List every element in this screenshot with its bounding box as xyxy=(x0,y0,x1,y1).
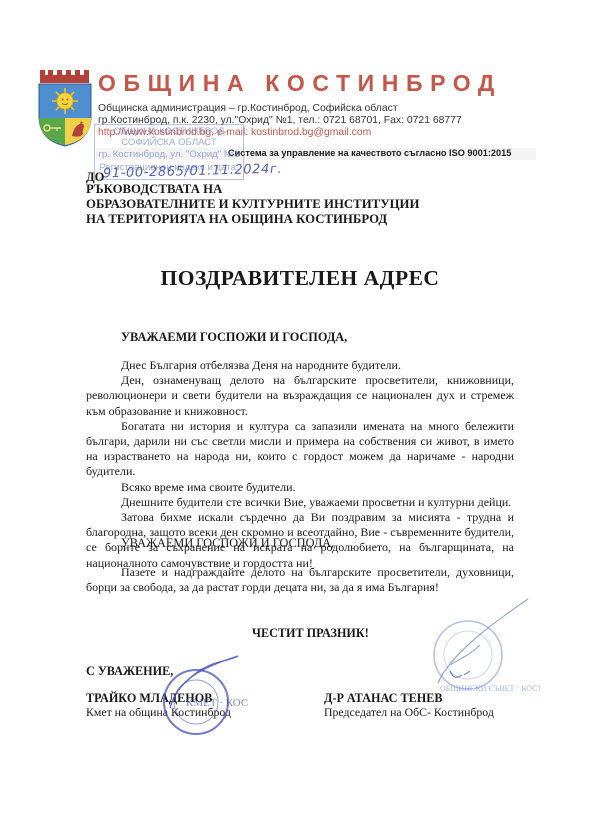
paragraph: Богатата ни история и култура са запазил… xyxy=(86,419,514,480)
recipient-line-1: РЪКОВОДСТВАТА НА xyxy=(86,182,222,197)
greeting-2: УВАЖАЕМИ ГОСПОЖИ И ГОСПОДА, xyxy=(121,536,334,551)
recipient-line-2: ОБРАЗОВАТЕЛНИТЕ И КУЛТУРНИТЕ ИНСТИТУЦИИ xyxy=(86,197,419,212)
paragraph: Ден, ознаменуващ делото на българските п… xyxy=(86,373,514,419)
quality-system-note: Система за управление на качеството съгл… xyxy=(228,148,511,158)
paragraph: Днес България отбелязва Деня на народнит… xyxy=(86,358,514,373)
recipient-line-3: НА ТЕРИТОРИЯТА НА ОБЩИНА КОСТИНБРОД xyxy=(86,212,387,227)
greeting-1: УВАЖАЕМИ ГОСПОЖИ И ГОСПОДА, xyxy=(121,330,347,345)
paragraph: Всяко време има своите будители. xyxy=(86,480,514,495)
closing-salutation: С УВАЖЕНИЕ, xyxy=(86,664,173,679)
mayor-name: ТРАЙКО МЛАДЕНОВ xyxy=(86,691,212,706)
handwritten-registration-number: 91-00-2865/01.11.2024г. xyxy=(103,162,282,182)
chair-name: Д-Р АТАНАС ТЕНЕВ xyxy=(324,691,443,706)
chair-stamp-and-signature: ОБЩИНСКИ СЪВЕТ · КОСТИНБРОД xyxy=(410,595,540,705)
address-line-1: Общинска администрация – гр.Костинброд, … xyxy=(98,103,398,114)
paragraph: Пазете и надграждайте делото на българск… xyxy=(86,565,514,595)
organization-title: ОБЩИНА КОСТИНБРОД xyxy=(98,70,502,97)
body-paragraphs-2: Пазете и надграждайте делото на българск… xyxy=(86,565,514,595)
registration-stamp-line-2: СОФИЙСКА ОБЛАСТ xyxy=(95,137,243,148)
mayor-role: Кмет на община Костинброд xyxy=(86,705,231,720)
document-title: ПОЗДРАВИТЕЛЕН АДРЕС xyxy=(0,266,600,291)
paragraph: Днешните будители сте всички Вие, уважае… xyxy=(86,495,514,510)
address-line-2: гр.Костинброд, п.к. 2230, ул."Охрид" №1,… xyxy=(98,115,462,126)
website-email-line[interactable]: http://www.kostinbrod.bg, e-mail: kostin… xyxy=(98,127,371,138)
chair-stamp-text: ОБЩИНСКИ СЪВЕТ · КОСТИНБРОД xyxy=(440,684,540,693)
chair-role: Председател на ОбС- Костинброд xyxy=(324,705,494,720)
mayor-stamp-and-signature: КМЕТ · КОСТИНБРОД xyxy=(148,640,248,740)
coat-of-arms-logo xyxy=(36,68,94,148)
holiday-wish: ЧЕСТИТ ПРАЗНИК! xyxy=(252,626,369,641)
